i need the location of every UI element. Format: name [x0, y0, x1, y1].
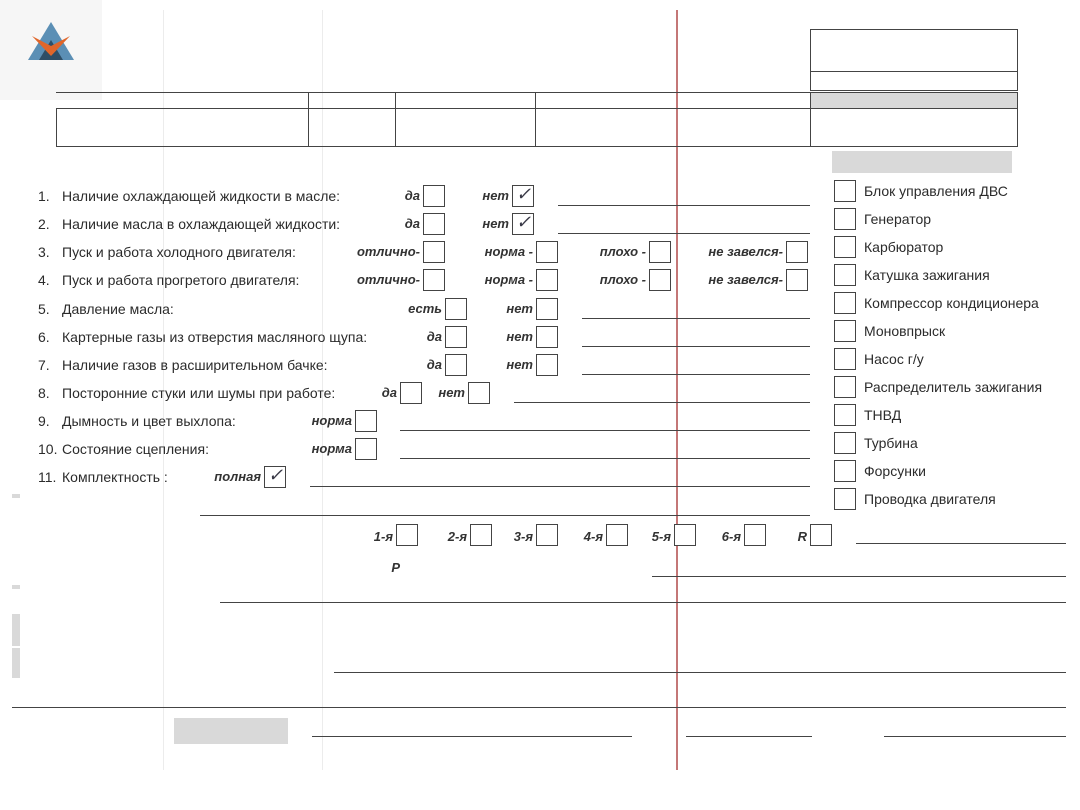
option-label: норма -: [485, 272, 533, 287]
logo: [0, 0, 102, 100]
checklist-label: Наличие охлаждающей жидкости в масле:: [62, 188, 340, 204]
option-checkbox[interactable]: [786, 269, 808, 291]
option-checkbox[interactable]: [649, 241, 671, 263]
option-checkbox[interactable]: [536, 269, 558, 291]
option-checkbox[interactable]: [536, 354, 558, 376]
option-checkbox[interactable]: [649, 269, 671, 291]
completeness-checkbox[interactable]: [834, 264, 856, 286]
option-checkbox[interactable]: ✓: [512, 185, 534, 207]
answer-line[interactable]: [400, 458, 810, 459]
option-checkbox[interactable]: [355, 410, 377, 432]
completeness-checkbox[interactable]: [834, 320, 856, 342]
completeness-checkbox[interactable]: [834, 460, 856, 482]
option-checkbox[interactable]: [423, 269, 445, 291]
option-label: да: [427, 329, 442, 344]
option-label: есть: [408, 301, 442, 316]
checklist-label: Пуск и работа прогретого двигателя:: [62, 272, 299, 288]
option-label: норма: [312, 441, 352, 456]
option-label: норма -: [485, 244, 533, 259]
option-label: не завелся-: [708, 244, 783, 259]
checklist-number: 1.: [38, 188, 50, 204]
option-label: плохо -: [600, 272, 646, 287]
option-checkbox[interactable]: [468, 382, 490, 404]
answer-line[interactable]: [582, 374, 810, 375]
option-label: плохо -: [600, 244, 646, 259]
gear-label: P: [391, 560, 400, 575]
answer-line[interactable]: [558, 233, 810, 234]
option-checkbox[interactable]: [423, 241, 445, 263]
checklist-label: Дымность и цвет выхлопа:: [62, 413, 236, 429]
completeness-item-label: Генератор: [864, 211, 931, 227]
option-label: нет: [506, 357, 533, 372]
option-label: да: [405, 188, 420, 203]
checklist-label: Пуск и работа холодного двигателя:: [62, 244, 296, 260]
removed-label: [12, 648, 20, 678]
completeness-checkbox[interactable]: [834, 376, 856, 398]
checklist-label: Картерные газы из отверстия масляного щу…: [62, 329, 367, 345]
option-label: нет: [506, 329, 533, 344]
checklist-number: 11.: [38, 469, 56, 485]
tested-by-bg: [174, 718, 288, 744]
option-checkbox[interactable]: [786, 241, 808, 263]
signature-line[interactable]: [686, 736, 812, 737]
option-label: да: [382, 385, 397, 400]
checklist-number: 9.: [38, 413, 50, 429]
gear-label: 4-я: [584, 529, 603, 544]
mt-remarks-line[interactable]: [220, 602, 1066, 603]
option-checkbox[interactable]: [445, 298, 467, 320]
answer-line[interactable]: [514, 402, 810, 403]
option-label: отлично-: [357, 272, 420, 287]
answer-line[interactable]: [310, 486, 810, 487]
option-checkbox[interactable]: [445, 326, 467, 348]
checklist-number: 8.: [38, 385, 50, 401]
answer-line[interactable]: [400, 430, 810, 431]
gear-checkbox[interactable]: [606, 524, 628, 546]
auto-gearbox-line: [652, 576, 1066, 577]
completeness-item-label: Турбина: [864, 435, 918, 451]
completeness-item-label: ТНВД: [864, 407, 901, 423]
option-label: нет: [438, 385, 465, 400]
at-remarks-label: [12, 614, 20, 646]
gear-checkbox[interactable]: [536, 524, 558, 546]
checklist-number: 5.: [38, 301, 50, 317]
checklist-label: Состояние сцепления:: [62, 441, 209, 457]
completeness-item-label: Карбюратор: [864, 239, 943, 255]
checklist-number: 2.: [38, 216, 50, 232]
removed-line[interactable]: [334, 672, 1066, 673]
checklist-label: Посторонние стуки или шумы при работе:: [62, 385, 335, 401]
date-line: [884, 736, 1066, 737]
gear-label: 1-я: [374, 529, 393, 544]
completeness-checkbox[interactable]: [834, 432, 856, 454]
check-mark-icon: ✓: [516, 214, 531, 232]
completeness-checkbox[interactable]: [834, 208, 856, 230]
completeness-item-label: Форсунки: [864, 463, 926, 479]
completeness-item-label: Насос г/у: [864, 351, 924, 367]
checklist-number: 6.: [38, 329, 50, 345]
option-label: полная: [214, 469, 261, 484]
name-line: [312, 736, 632, 737]
gear-label: 5-я: [652, 529, 671, 544]
gear-checkbox[interactable]: [674, 524, 696, 546]
option-checkbox[interactable]: [536, 326, 558, 348]
gear-checkbox[interactable]: [744, 524, 766, 546]
option-checkbox[interactable]: [423, 185, 445, 207]
option-label: норма: [312, 413, 352, 428]
check-mark-icon: ✓: [268, 467, 283, 485]
option-checkbox[interactable]: [400, 382, 422, 404]
completeness-item-label: Моновпрыск: [864, 323, 945, 339]
option-label: нет: [482, 216, 509, 231]
answer-line[interactable]: [558, 205, 810, 206]
answer-line[interactable]: [582, 346, 810, 347]
engine-remarks-line: [200, 515, 810, 516]
option-label: отлично-: [357, 244, 420, 259]
gear-label: 3-я: [514, 529, 533, 544]
car-number-box: [810, 29, 1018, 91]
checklist-label: Комплектность :: [62, 469, 168, 485]
mt-remarks-label: [12, 585, 20, 589]
option-checkbox[interactable]: [445, 354, 467, 376]
completeness-checkbox[interactable]: [834, 292, 856, 314]
completeness-item-label: Компрессор кондиционера: [864, 295, 1039, 311]
vehicle-table: [56, 92, 1018, 147]
option-checkbox[interactable]: [423, 213, 445, 235]
completeness-checkbox[interactable]: [834, 404, 856, 426]
option-checkbox[interactable]: [536, 298, 558, 320]
completeness-checkbox[interactable]: [834, 488, 856, 510]
car-number-value[interactable]: [811, 30, 1017, 72]
option-label: не завелся-: [708, 272, 783, 287]
checklist-number: 3.: [38, 244, 50, 260]
manual-gearbox-line: [856, 543, 1066, 544]
option-label: да: [427, 357, 442, 372]
completeness-checkbox[interactable]: [834, 348, 856, 370]
engine-remarks-label: [12, 494, 20, 498]
completeness-item-label: Проводка двигателя: [864, 491, 996, 507]
gear-checkbox[interactable]: [396, 524, 418, 546]
completeness-header: [832, 151, 1012, 173]
option-checkbox[interactable]: [536, 241, 558, 263]
option-label: нет: [482, 188, 509, 203]
completeness-item-label: Блок управления ДВС: [864, 183, 1008, 199]
checklist-label: Давление масла:: [62, 301, 174, 317]
option-checkbox[interactable]: ✓: [512, 213, 534, 235]
gear-checkbox[interactable]: [470, 524, 492, 546]
option-checkbox[interactable]: ✓: [264, 466, 286, 488]
checklist-label: Наличие масла в охлаждающей жидкости:: [62, 216, 340, 232]
option-label: нет: [506, 301, 533, 316]
gear-label: 6-я: [722, 529, 741, 544]
check-mark-icon: ✓: [516, 186, 531, 204]
option-label: да: [405, 216, 420, 231]
answer-line[interactable]: [582, 318, 810, 319]
gear-label: R: [798, 529, 807, 544]
logo-icon: [28, 22, 74, 60]
completeness-item-label: Распределитель зажигания: [864, 379, 1042, 395]
completeness-item-label: Катушка зажигания: [864, 267, 990, 283]
gear-checkbox[interactable]: [810, 524, 832, 546]
checklist-number: 10.: [38, 441, 57, 457]
checklist-number: 7.: [38, 357, 50, 373]
completeness-checkbox[interactable]: [834, 180, 856, 202]
gear-label: 2-я: [448, 529, 467, 544]
completeness-checkbox[interactable]: [834, 236, 856, 258]
checklist-label: Наличие газов в расширительном бачке:: [62, 357, 328, 373]
checklist-number: 4.: [38, 272, 50, 288]
separator-line: [12, 707, 1066, 708]
option-checkbox[interactable]: [355, 438, 377, 460]
